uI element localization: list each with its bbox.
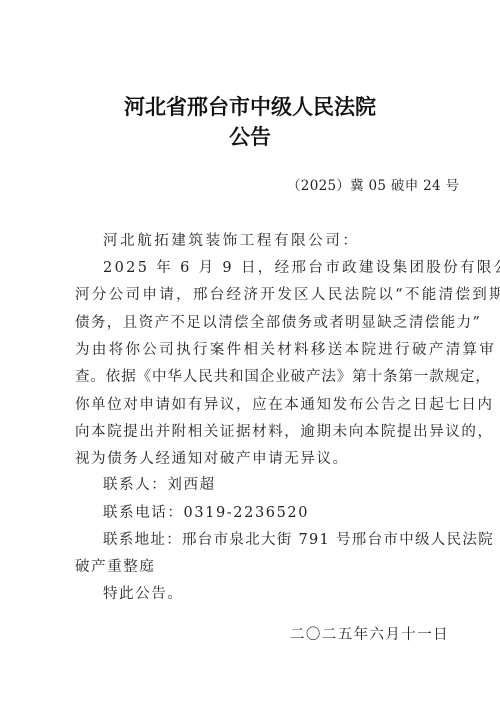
body-line: 视为债务人经通知对破产申请无异议。 — [75, 447, 349, 468]
case-number: （2025）冀 05 破申 24 号 — [287, 174, 459, 194]
contact-phone: 联系电话：0319-2236520 — [103, 501, 309, 522]
contact-address: 联系地址：邢台市泉北大街 791 号邢台市中级人民法院 — [103, 528, 494, 549]
body-line: 债务，且资产不足以清偿全部债务或者明显缺乏清偿能力” — [75, 311, 481, 332]
body-line: 你单位对申请如有异议，应在本通知发布公告之日起七日内 — [75, 393, 494, 414]
addressee: 河北航拓建筑装饰工程有限公司： — [103, 229, 360, 250]
body-line: 2025 年 6 月 9 日，经邢台市政建设集团股份有限公司沙 — [103, 256, 500, 277]
court-name-title: 河北省邢台市中级人民法院 — [0, 91, 500, 121]
closing-statement: 特此公告。 — [103, 582, 184, 603]
contact-person: 联系人：刘西超 — [103, 473, 216, 494]
body-line: 河分公司申请，邢台经济开发区人民法院以“不能清偿到期 — [75, 283, 500, 304]
announcement-title: 公告 — [0, 121, 500, 151]
issue-date: 二〇二五年六月十一日 — [290, 623, 449, 644]
notice-page: 河北省邢台市中级人民法院 公告 （2025）冀 05 破申 24 号 河北航拓建… — [0, 0, 500, 707]
body-line: 向本院提出并附相关证据材料，逾期未向本院提出异议的， — [75, 420, 494, 441]
body-line: 查。依据《中华人民共和国企业破产法》第十条第一款规定， — [75, 365, 491, 386]
body-line: 为由将你公司执行案件相关材料移送本院进行破产清算审 — [75, 338, 496, 359]
contact-address-continued: 破产重整庭 — [75, 555, 156, 576]
